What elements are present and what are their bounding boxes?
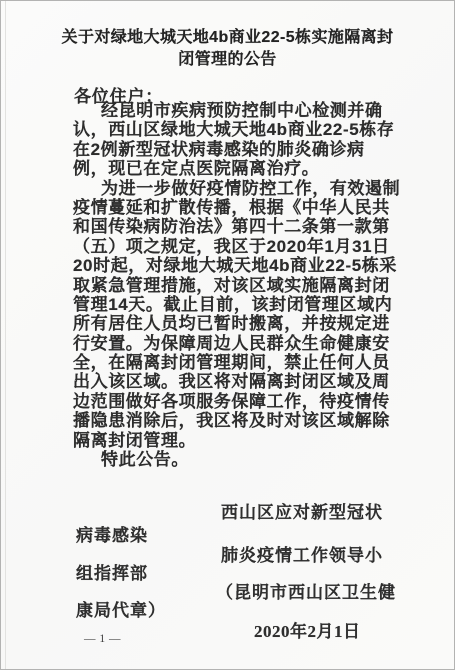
signature-org-wrap-1: 病毒感染	[76, 521, 148, 546]
body-line: 取紧急管理措施，对该区域实施隔离封闭	[73, 276, 395, 295]
scan-edge-line	[5, 1, 6, 669]
body-line: （五）项之规定，我区于2020年1月31日	[73, 237, 395, 256]
body-line: 为进一步做好疫情防控工作，有效遏制	[73, 179, 395, 198]
document-title: 关于对绿地大城天地4b商业22-5栋实施隔离封 闭管理的公告	[1, 27, 454, 71]
body-line: 行安置。为保障周边人民群众生命健康安	[73, 334, 395, 353]
signature-org-wrap-2: 组指挥部	[76, 559, 148, 584]
page-number: — 1 —	[84, 633, 121, 645]
document-title-line-1: 关于对绿地大城天地4b商业22-5栋实施隔离封	[1, 27, 454, 49]
signature-seal-line: （昆明市西山区卫生健	[216, 578, 396, 603]
notice-document-page: 关于对绿地大城天地4b商业22-5栋实施隔离封 闭管理的公告 各位住户： 经昆明…	[0, 0, 455, 670]
body-line: 隔离封闭管理。	[73, 431, 395, 450]
body-line-closing: 特此公告。	[73, 450, 395, 469]
document-title-line-2: 闭管理的公告	[1, 49, 454, 71]
body-line: 全，在隔离封闭管理期间，禁止任何人员	[73, 353, 395, 372]
body-line: 边范围做好各项服务保障工作，待疫情传	[73, 392, 395, 411]
body-line: 所有居住人员均已暂时搬离，并按规定进	[73, 314, 395, 333]
signature-org-line-1: 西山区应对新型冠状	[221, 498, 383, 523]
body-line: 管理14天。截止目前，该封闭管理区域内	[73, 295, 395, 314]
body-line: 例，现已在定点医院隔离治疗。	[73, 159, 395, 178]
signature-date: 2020年2月1日	[254, 617, 361, 642]
body-line: 经昆明市疾病预防控制中心检测并确	[73, 101, 395, 120]
body-line: 出入该区域。我区将对隔离封闭区域及周	[73, 372, 395, 391]
body-line: 在2例新型冠状病毒感染的肺炎确诊病	[73, 140, 395, 159]
signature-org-line-2: 肺炎疫情工作领导小	[221, 541, 383, 566]
signature-seal-wrap: 康局代章）	[76, 596, 166, 621]
body-line: 疫情蔓延和扩散传播，根据《中华人民共	[73, 198, 395, 217]
body-line: 和国传染病防治法》第四十二条第一款第	[73, 217, 395, 236]
body-line: 20时起，对绿地大城天地4b商业22-5栋采	[73, 256, 395, 275]
body-line: 播隐患消除后，我区将及时对该区域解除	[73, 411, 395, 430]
body-line: 认，西山区绿地大城天地4b商业22-5栋存	[73, 120, 395, 139]
document-body: 经昆明市疾病预防控制中心检测并确 认，西山区绿地大城天地4b商业22-5栋存 在…	[73, 101, 395, 469]
